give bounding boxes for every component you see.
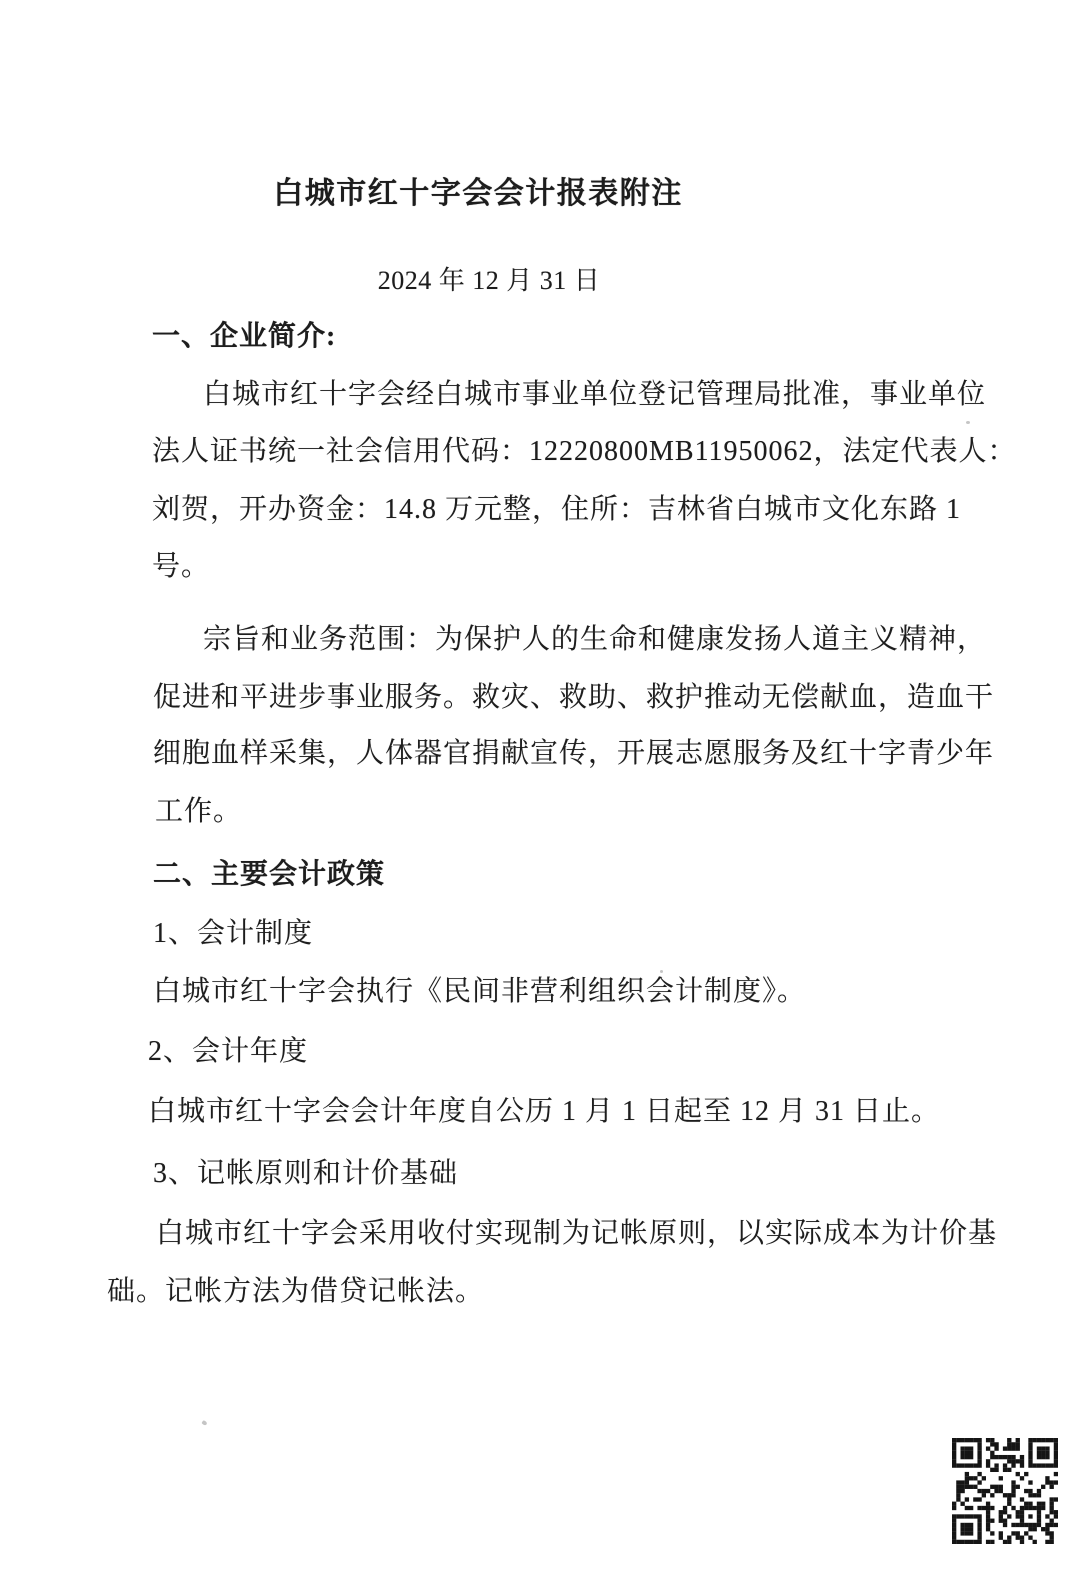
scan-speck <box>966 421 970 424</box>
item-2-body: 白城市红十字会会计年度自公历 1 月 1 日起至 12 月 31 日止。 <box>148 1097 940 1128</box>
scan-speck <box>201 1420 207 1426</box>
scan-speck <box>660 970 663 973</box>
section-1-heading: 一、企业简介: <box>152 322 336 353</box>
item-2-heading: 2、会计年度 <box>148 1037 308 1068</box>
p2-line-4: 工作。 <box>155 797 242 828</box>
item-3-body-line-1: 白城市红十字会采用收付实现制为记帐原则，以实际成本为计价基 <box>156 1219 997 1250</box>
section-2-heading: 二、主要会计政策 <box>153 860 385 891</box>
p1-line-4: 号。 <box>152 552 210 583</box>
p2-line-2: 促进和平进步事业服务。救灾、救助、救护推动无偿献血，造血干 <box>153 683 994 714</box>
item-3-body-line-2: 础。记帐方法为借贷记帐法。 <box>107 1277 484 1308</box>
item-1-body: 白城市红十字会执行《民间非营利组织会计制度》。 <box>153 977 806 1008</box>
p2-line-3: 细胞血样采集，人体器官捐献宣传，开展志愿服务及红十字青少年 <box>153 739 994 770</box>
p2-line-1: 宗旨和业务范围：为保护人的生命和健康发扬人道主义精神， <box>203 625 986 656</box>
p1-line-2: 法人证书统一社会信用代码：12220800MB11950062，法定代表人： <box>152 437 1017 468</box>
item-3-heading: 3、记帐原则和计价基础 <box>153 1159 458 1190</box>
item-1-heading: 1、会计制度 <box>153 919 313 950</box>
document-page: 白城市红十字会会计报表附注 2024 年 12 月 31 日 一、企业简介: 白… <box>0 0 1080 1596</box>
qr-code-icon <box>952 1438 1058 1544</box>
p1-line-1: 白城市红十字会经白城市事业单位登记管理局批准，事业单位 <box>203 380 986 411</box>
document-date: 2024 年 12 月 31 日 <box>0 260 978 297</box>
p1-line-3: 刘贺，开办资金：14.8 万元整，住所：吉林省白城市文化东路 1 <box>152 495 961 526</box>
document-title: 白城市红十字会会计报表附注 <box>0 168 956 212</box>
